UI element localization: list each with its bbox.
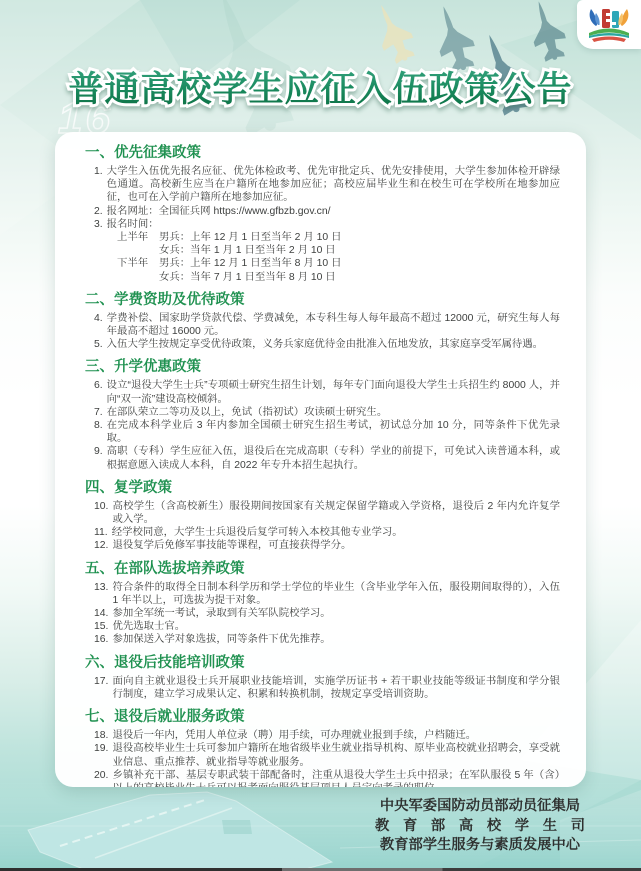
item-text: 报名时间： [107, 218, 560, 231]
item-text: 高职（专科）学生应征入伍，退役后在完成高职（专科）学业的前提下，可免试入读普通本… [107, 445, 560, 471]
item-number: 12. [94, 539, 108, 552]
policy-item: 4. 学费补偿、国家助学贷款代偿、学费减免，本专科生每人每年最高不超过 1200… [85, 312, 560, 338]
policy-item: 1. 大学生入伍优先报名应征、优先体检政考、优先审批定兵、优先安排使用，大学生参… [85, 165, 560, 205]
item-number: 3. [94, 218, 103, 231]
item-text: 入伍大学生按规定享受优待政策，义务兵家庭优待金由批准入伍地发放，其家庭享受军属待… [107, 338, 560, 351]
item-text: 退役复学后免修军事技能等课程，可直接获得学分。 [112, 539, 560, 552]
item-text: 高校学生（含高校新生）服役期间按国家有关规定保留学籍或入学资格，退役后 2 年内… [112, 500, 560, 526]
policy-item: 3. 报名时间： [85, 218, 560, 231]
item-number: 15. [94, 620, 108, 633]
item-text: 优先选取士官。 [112, 620, 560, 633]
policy-item: 19. 退役高校毕业生士兵可参加户籍所在地省级毕业生就业指导机构、原毕业高校就业… [85, 742, 560, 768]
item-text: 学费补偿、国家助学贷款代偿、学费减免，本专科生每人每年最高不超过 12000 元… [107, 312, 560, 338]
item-number: 9. [94, 445, 103, 471]
poster-page: 16 普通高校学生应征入伍政策公告 普通高校学生应征入伍政策公告 一、优先征集政… [0, 0, 641, 871]
item-text: 设立“退役大学生士兵”专项硕士研究生招生计划，每年专门面向退役大学生士兵招生约 … [107, 379, 560, 405]
item-text: 面向自主就业退役士兵开展职业技能培训，实施学历证书 + 若干职业技能等级证书制度… [112, 675, 560, 701]
policy-item: 11. 经学校同意，大学生士兵退役后复学可转入本校其他专业学习。 [85, 526, 560, 539]
schedule-entry: 男兵：上年 12 月 1 日至当年 2 月 10 日 [159, 231, 560, 244]
item-text: 乡镇补充干部、基层专职武装干部配备时，注重从退役大学生士兵中招录；在军队服役 5… [112, 769, 560, 787]
item-text: 符合条件的取得全日制本科学历和学士学位的毕业生（含毕业学年入伍，服役期间取得的）… [112, 581, 560, 607]
section-further-education: 三、升学优惠政策 6. 设立“退役大学生士兵”专项硕士研究生招生计划，每年专门面… [85, 358, 560, 471]
policy-item: 12. 退役复学后免修军事技能等课程，可直接获得学分。 [85, 539, 560, 552]
issuer-block: 中央军委国防动员部动员征集局 教育部高校学生司 教育部学生服务与素质发展中心 [375, 797, 585, 856]
item-number: 19. [94, 742, 108, 768]
education-center-logo-icon [586, 6, 632, 44]
section-heading: 七、退役后就业服务政策 [85, 708, 560, 726]
item-number: 8. [94, 419, 103, 445]
schedule-period [117, 244, 159, 257]
item-text: 经学校同意，大学生士兵退役后复学可转入本校其他专业学习。 [112, 526, 560, 539]
policy-item: 2. 报名网址：全国征兵网 https://www.gfbzb.gov.cn/ [85, 205, 560, 218]
schedule-entry: 女兵：当年 7 月 1 日至当年 8 月 10 日 [159, 271, 560, 284]
policy-item: 16. 参加保送入学对象选拔，同等条件下优先推荐。 [85, 633, 560, 646]
policy-item: 10. 高校学生（含高校新生）服役期间按国家有关规定保留学籍或入学资格，退役后 … [85, 500, 560, 526]
item-text: 退役后一年内，凭用人单位录（聘）用手续，可办理就业报到手续，户档随迁。 [112, 729, 560, 742]
item-number: 11. [94, 526, 108, 539]
item-number: 2. [94, 205, 103, 218]
item-number: 10. [94, 500, 108, 526]
item-number: 16. [94, 633, 108, 646]
section-resume-study: 四、复学政策 10. 高校学生（含高校新生）服役期间按国家有关规定保留学籍或入学… [85, 479, 560, 553]
issuer-line-2: 教育部高校学生司 [375, 817, 585, 837]
item-number: 6. [94, 379, 103, 405]
item-number: 1. [94, 165, 103, 205]
section-heading: 五、在部队选拔培养政策 [85, 560, 560, 578]
policy-item: 13. 符合条件的取得全日制本科学历和学士学位的毕业生（含毕业学年入伍，服役期间… [85, 581, 560, 607]
policy-item: 15. 优先选取士官。 [85, 620, 560, 633]
item-text: 在完成本科学业后 3 年内参加全国硕士研究生招生考试，初试总分加 10 分，同等… [107, 419, 560, 445]
item-text: 报名网址：全国征兵网 https://www.gfbzb.gov.cn/ [107, 205, 560, 218]
policy-item: 8. 在完成本科学业后 3 年内参加全国硕士研究生招生考试，初试总分加 10 分… [85, 419, 560, 445]
section-tuition-aid: 二、学费资助及优待政策 4. 学费补偿、国家助学贷款代偿、学费减免，本专科生每人… [85, 291, 560, 352]
schedule-period: 上半年 [117, 231, 159, 244]
section-skills-training: 六、退役后技能培训政策 17. 面向自主就业退役士兵开展职业技能培训，实施学历证… [85, 654, 560, 701]
enlist-schedule: 上半年 男兵：上年 12 月 1 日至当年 2 月 10 日 女兵：当年 1 月… [85, 231, 560, 284]
issuer-line-3: 教育部学生服务与素质发展中心 [375, 836, 585, 856]
policy-card: 一、优先征集政策 1. 大学生入伍优先报名应征、优先体检政考、优先审批定兵、优先… [55, 132, 586, 787]
schedule-period [117, 271, 159, 284]
section-heading: 六、退役后技能培训政策 [85, 654, 560, 672]
item-number: 18. [94, 729, 108, 742]
item-text: 参加全军统一考试，录取到有关军队院校学习。 [112, 607, 560, 620]
item-text: 退役高校毕业生士兵可参加户籍所在地省级毕业生就业指导机构、原毕业高校就业招聘会，… [112, 742, 560, 768]
policy-item: 18. 退役后一年内，凭用人单位录（聘）用手续，可办理就业报到手续，户档随迁。 [85, 729, 560, 742]
item-number: 20. [94, 769, 108, 787]
item-number: 4. [94, 312, 103, 338]
section-military-selection: 五、在部队选拔培养政策 13. 符合条件的取得全日制本科学历和学士学位的毕业生（… [85, 560, 560, 647]
item-text: 在部队荣立二等功及以上，免试（指初试）攻读硕士研究生。 [107, 406, 560, 419]
item-number: 5. [94, 338, 103, 351]
policy-item: 9. 高职（专科）学生应征入伍，退役后在完成高职（专科）学业的前提下，可免试入读… [85, 445, 560, 471]
item-number: 7. [94, 406, 103, 419]
item-text: 大学生入伍优先报名应征、优先体检政考、优先审批定兵、优先安排使用，大学生参加体检… [107, 165, 560, 205]
section-heading: 一、优先征集政策 [85, 144, 560, 162]
policy-item: 14. 参加全军统一考试，录取到有关军队院校学习。 [85, 607, 560, 620]
section-heading: 三、升学优惠政策 [85, 358, 560, 376]
section-employment-service: 七、退役后就业服务政策 18. 退役后一年内，凭用人单位录（聘）用手续，可办理就… [85, 708, 560, 787]
issuer-logo [577, 0, 641, 49]
policy-item: 5. 入伍大学生按规定享受优待政策，义务兵家庭优待金由批准入伍地发放，其家庭享受… [85, 338, 560, 351]
poster-title: 普通高校学生应征入伍政策公告 [0, 62, 641, 112]
poster-title-block: 普通高校学生应征入伍政策公告 普通高校学生应征入伍政策公告 [0, 62, 641, 114]
schedule-period: 下半年 [117, 257, 159, 270]
policy-item: 17. 面向自主就业退役士兵开展职业技能培训，实施学历证书 + 若干职业技能等级… [85, 675, 560, 701]
item-number: 14. [94, 607, 108, 620]
item-number: 17. [94, 675, 108, 701]
policy-item: 20. 乡镇补充干部、基层专职武装干部配备时，注重从退役大学生士兵中招录；在军队… [85, 769, 560, 787]
schedule-entry: 男兵：上年 12 月 1 日至当年 8 月 10 日 [159, 257, 560, 270]
schedule-entry: 女兵：当年 1 月 1 日至当年 2 月 10 日 [159, 244, 560, 257]
policy-item: 6. 设立“退役大学生士兵”专项硕士研究生招生计划，每年专门面向退役大学生士兵招… [85, 379, 560, 405]
section-heading: 四、复学政策 [85, 479, 560, 497]
item-number: 13. [94, 581, 108, 607]
policy-item: 7. 在部队荣立二等功及以上，免试（指初试）攻读硕士研究生。 [85, 406, 560, 419]
item-text: 参加保送入学对象选拔，同等条件下优先推荐。 [112, 633, 560, 646]
section-priority-enlistment: 一、优先征集政策 1. 大学生入伍优先报名应征、优先体检政考、优先审批定兵、优先… [85, 144, 560, 284]
issuer-line-1: 中央军委国防动员部动员征集局 [375, 797, 585, 817]
section-heading: 二、学费资助及优待政策 [85, 291, 560, 309]
